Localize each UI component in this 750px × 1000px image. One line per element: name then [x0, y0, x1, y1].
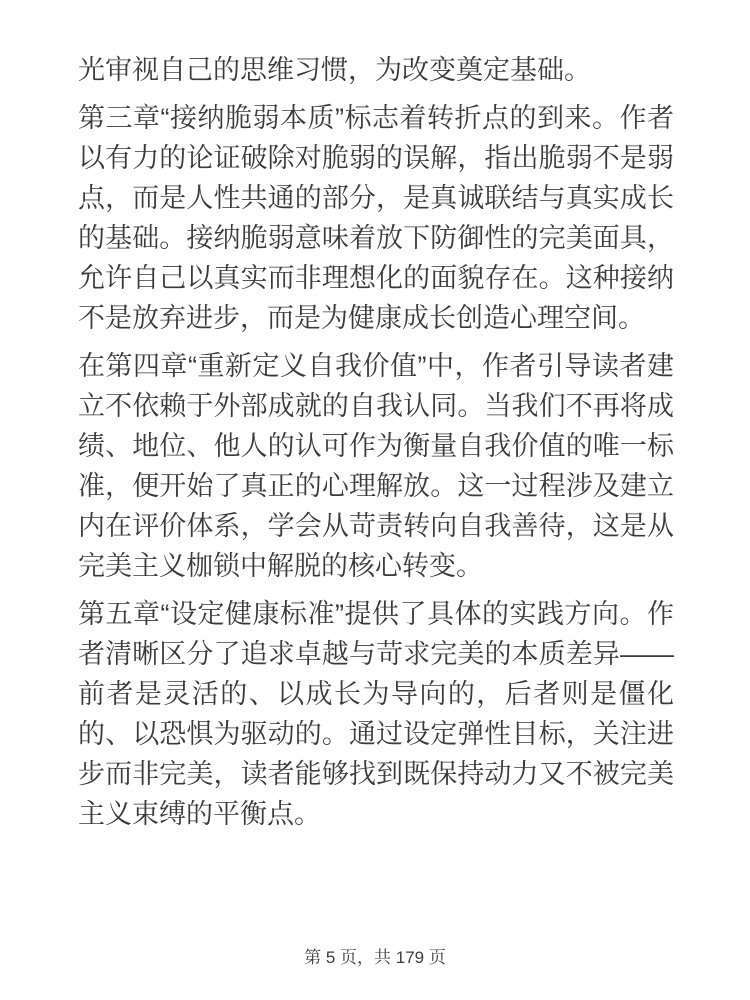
paragraph-chapter-5: 第五章“设定健康标准”提供了具体的实践方向。作者清晰区分了追求卓越与苛求完美的本… — [78, 594, 674, 834]
page-footer: 第 5 页，共 179 页 — [0, 948, 750, 968]
paragraph-chapter-3: 第三章“接纳脆弱本质”标志着转折点的到来。作者以有力的论证破除对脆弱的误解，指出… — [78, 98, 674, 338]
page-number-indicator: 第 5 页，共 179 页 — [304, 948, 446, 967]
paragraph-chapter-4: 在第四章“重新定义自我价值”中，作者引导读者建立不依赖于外部成就的自我认同。当我… — [78, 346, 674, 586]
document-body-text: 光审视自己的思维习惯，为改变奠定基础。 第三章“接纳脆弱本质”标志着转折点的到来… — [78, 50, 674, 842]
paragraph-continuation: 光审视自己的思维习惯，为改变奠定基础。 — [78, 50, 674, 90]
document-page: 光审视自己的思维习惯，为改变奠定基础。 第三章“接纳脆弱本质”标志着转折点的到来… — [0, 0, 750, 1000]
